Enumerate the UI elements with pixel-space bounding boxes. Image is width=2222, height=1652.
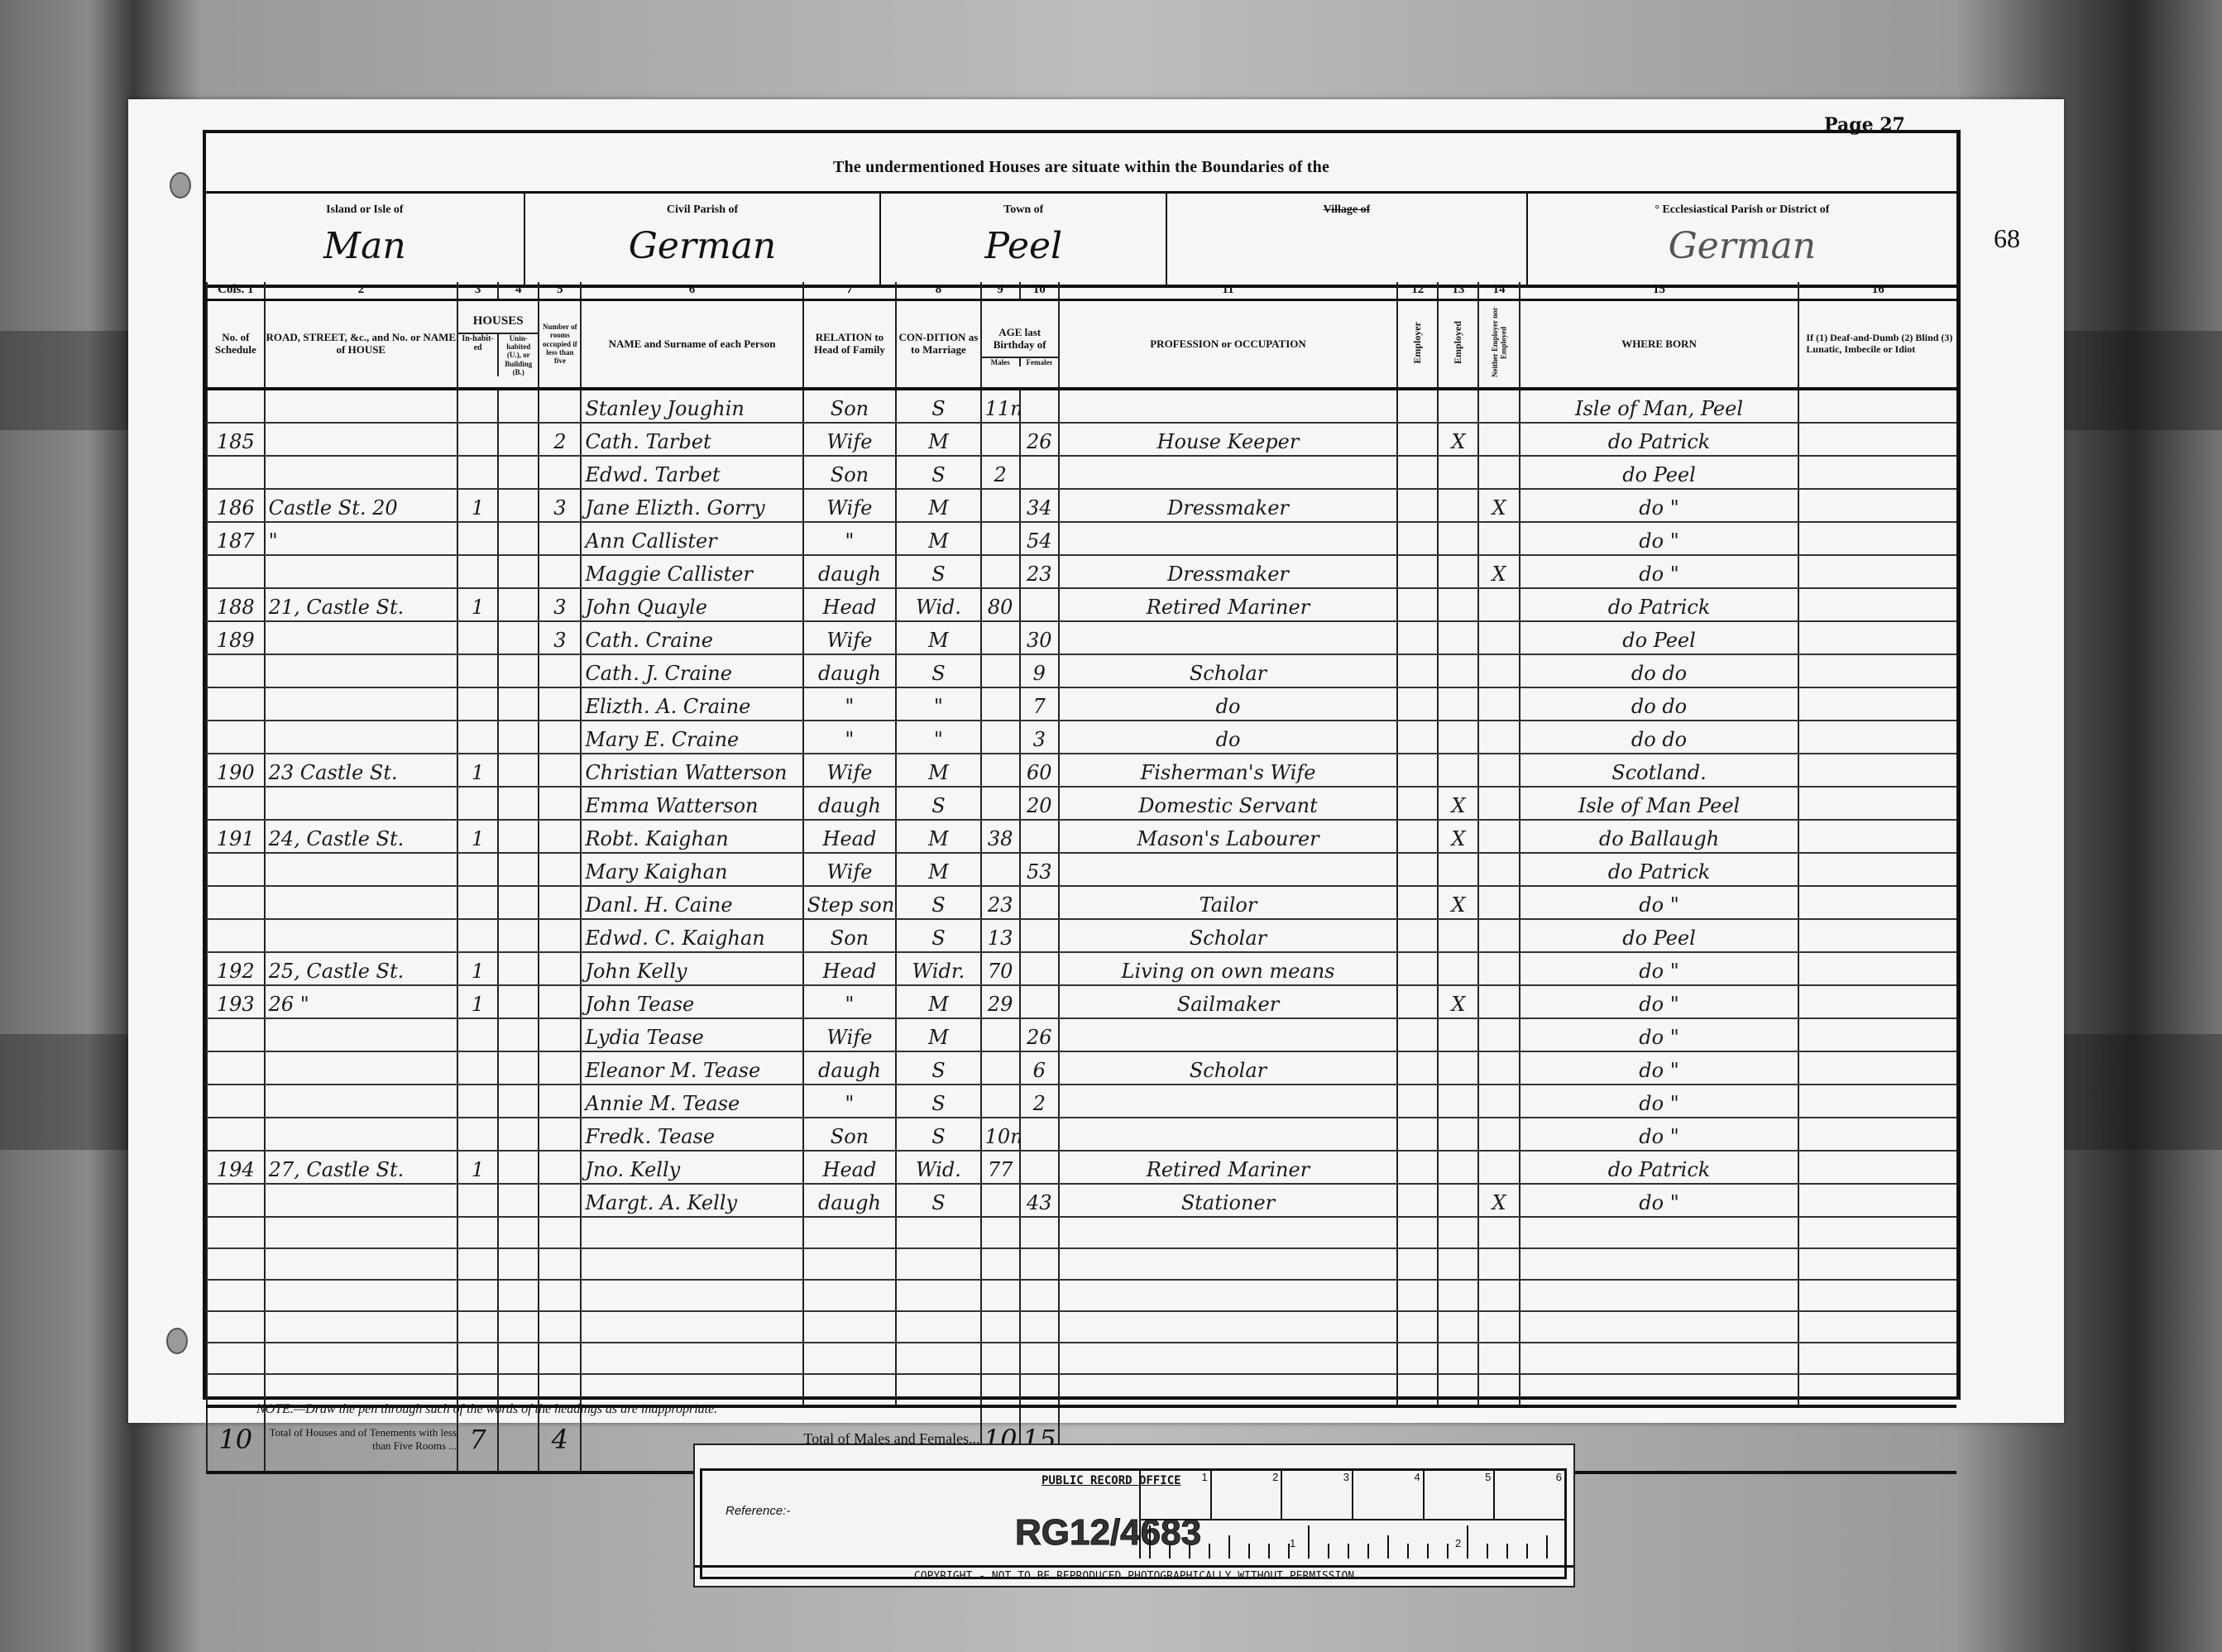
cell-cond: M: [896, 423, 980, 456]
cell-name: Cath. J. Craine: [581, 654, 802, 687]
cell-occ: [1059, 522, 1397, 555]
cell-occ: Sailmaker: [1059, 985, 1397, 1018]
table-row: Margt. A. KellydaughS43StationerXdo ": [207, 1184, 1956, 1217]
cell-sched: [207, 1184, 265, 1217]
cell-empty: [1059, 1280, 1397, 1311]
cell-addr: [265, 1085, 457, 1118]
cell-addr: 25, Castle St.: [265, 952, 457, 985]
cell-inh: [457, 654, 498, 687]
cell-emp-r: [1397, 588, 1438, 621]
cell-rel: Wife: [803, 621, 897, 654]
cell-empty: [498, 654, 539, 687]
cell-empty: [1059, 1374, 1397, 1406]
cell-emp-d: X: [1438, 886, 1478, 919]
cell-sched: [207, 555, 265, 588]
cell-name: Jane Elizth. Gorry: [581, 489, 802, 522]
column-number: 12: [1397, 282, 1438, 300]
cell-empty: [498, 1151, 539, 1184]
cell-empty: [896, 1248, 980, 1280]
cell-sched: 186: [207, 489, 265, 522]
cell-empty: [1798, 1343, 1956, 1374]
header-inhabited: In-habit-ed: [458, 334, 497, 377]
cell-m: [981, 1051, 1020, 1085]
cell-rel: Son: [803, 1118, 897, 1151]
table-row: Annie M. Tease"S2do ": [207, 1085, 1956, 1118]
cell-cond: M: [896, 621, 980, 654]
header-neither-label: Neither Employer nor Employed: [1491, 301, 1508, 384]
table-row: 19225, Castle St.1John KellyHeadWidr.70L…: [207, 952, 1956, 985]
ruler-tick: [1407, 1544, 1409, 1559]
cell-inh: [457, 886, 498, 919]
cell-name: Edwd. C. Kaighan: [581, 919, 802, 952]
header-males: Males: [982, 358, 1019, 366]
location-label: ° Ecclesiastical Parish or District of: [1528, 204, 1956, 217]
cell-empty: [1798, 985, 1956, 1018]
location-field: Town ofPeel: [881, 194, 1167, 285]
cell-emp-r: [1397, 820, 1438, 853]
cell-name: Fredk. Tease: [581, 1118, 802, 1151]
cell-empty: [498, 1248, 539, 1280]
cell-name: John Tease: [581, 985, 802, 1018]
cell-rel: Wife: [803, 489, 897, 522]
cell-empty: [498, 423, 539, 456]
cell-cond: S: [896, 787, 980, 820]
cell-name: Maggie Callister: [581, 555, 802, 588]
table-row: 1852Cath. TarbetWifeM26House KeeperXdo P…: [207, 423, 1956, 456]
cell-cond: S: [896, 1085, 980, 1118]
ruler-tick: [1387, 1535, 1389, 1559]
cell-empty: [1059, 1311, 1397, 1343]
cell-empty: [1798, 621, 1956, 654]
census-table: Cols. 12345678910111213141516 No. of Sch…: [206, 282, 1956, 1474]
column-number: 10: [1020, 282, 1059, 300]
cell-empty: [581, 1343, 802, 1374]
cell-empty: [498, 588, 539, 621]
cell-rooms: [539, 522, 581, 555]
cell-occ: Scholar: [1059, 1051, 1397, 1085]
cell-rooms: [539, 1151, 581, 1184]
cell-empty: [1798, 687, 1956, 721]
cell-born: do Peel: [1520, 456, 1799, 489]
cell-cond: S: [896, 886, 980, 919]
cell-m: [981, 1184, 1020, 1217]
cell-empty: [498, 787, 539, 820]
cell-emp-r: [1397, 654, 1438, 687]
cell-empty: [896, 1217, 980, 1248]
cell-occ: do: [1059, 687, 1397, 721]
ruler-tick: [1308, 1525, 1310, 1559]
cell-cond: M: [896, 522, 980, 555]
header-age-label: AGE last Birthday of: [982, 322, 1058, 358]
cell-f: [1020, 456, 1059, 489]
cell-born: do Patrick: [1520, 1151, 1799, 1184]
table-row: 187"Ann Callister"M54do ": [207, 522, 1956, 555]
cell-m: [981, 555, 1020, 588]
cell-inh: [457, 853, 498, 886]
cell-empty: [803, 1343, 897, 1374]
cell-empty: [207, 1311, 265, 1343]
cell-emp-d: X: [1438, 820, 1478, 853]
cell-addr: [265, 456, 457, 489]
cell-f: 43: [1020, 1184, 1059, 1217]
census-form: The undermentioned Houses are situate wi…: [203, 130, 1961, 1400]
cell-f: 2: [1020, 1085, 1059, 1118]
cell-name: Eleanor M. Tease: [581, 1051, 802, 1085]
cell-empty: [498, 985, 539, 1018]
cell-name: Lydia Tease: [581, 1018, 802, 1051]
cell-sched: [207, 1018, 265, 1051]
cell-rel: Step son: [803, 886, 897, 919]
ruler-cm-mark: 4: [1353, 1471, 1425, 1519]
punch-hole: [166, 1328, 188, 1354]
cell-empty: [498, 1118, 539, 1151]
cell-emp-d: X: [1438, 985, 1478, 1018]
column-number: 15: [1520, 282, 1799, 300]
cell-empty: [498, 687, 539, 721]
table-row: 19023 Castle St.1Christian WattersonWife…: [207, 754, 1956, 787]
cell-emp-r: [1397, 522, 1438, 555]
cell-nei: [1478, 1151, 1519, 1184]
blank-row: [207, 1217, 1956, 1248]
cell-addr: Castle St. 20: [265, 489, 457, 522]
cell-empty: [1059, 1248, 1397, 1280]
cell-addr: [265, 919, 457, 952]
table-row: 19326 "1John Tease"M29SailmakerXdo ": [207, 985, 1956, 1018]
cell-sched: [207, 853, 265, 886]
cell-born: do ": [1520, 555, 1799, 588]
location-field: Island or Isle ofMan: [206, 194, 525, 285]
ruler-cm-mark: 5: [1425, 1471, 1496, 1519]
cell-cond: M: [896, 489, 980, 522]
cell-name: Ann Callister: [581, 522, 802, 555]
cell-emp-d: [1438, 1118, 1478, 1151]
cell-nei: [1478, 919, 1519, 952]
cell-empty: [498, 1343, 539, 1374]
cell-empty: [498, 853, 539, 886]
cell-name: Elizth. A. Craine: [581, 687, 802, 721]
cell-empty: [539, 1311, 581, 1343]
cell-rooms: [539, 952, 581, 985]
cell-nei: [1478, 522, 1519, 555]
cell-addr: [265, 787, 457, 820]
cell-name: Danl. H. Caine: [581, 886, 802, 919]
cell-inh: 1: [457, 754, 498, 787]
cell-cond: S: [896, 555, 980, 588]
table-row: Mary KaighanWifeM53do Patrick: [207, 853, 1956, 886]
cell-born: do ": [1520, 1085, 1799, 1118]
cell-addr: 26 ": [265, 985, 457, 1018]
cell-emp-d: [1438, 1051, 1478, 1085]
cell-rel: daugh: [803, 787, 897, 820]
ruler-tick: [1427, 1544, 1429, 1559]
cell-empty: [498, 555, 539, 588]
cell-empty: [803, 1280, 897, 1311]
cell-emp-d: [1438, 687, 1478, 721]
cell-inh: [457, 1184, 498, 1217]
location-label: Village of: [1167, 204, 1526, 217]
cell-name: Mary Kaighan: [581, 853, 802, 886]
cell-m: 13: [981, 919, 1020, 952]
cell-empty: [1020, 1374, 1059, 1406]
cell-cond: M: [896, 754, 980, 787]
cell-f: 26: [1020, 1018, 1059, 1051]
cell-cond: M: [896, 853, 980, 886]
cell-empty: [803, 1374, 897, 1406]
cell-empty: [1798, 423, 1956, 456]
ruler-tick: [1506, 1544, 1508, 1559]
cell-born: do Patrick: [1520, 588, 1799, 621]
cell-empty: [1438, 1374, 1478, 1406]
cell-emp-r: [1397, 1151, 1438, 1184]
cell-cond: ": [896, 687, 980, 721]
ruler-tick: [1467, 1525, 1468, 1559]
cell-empty: [207, 1248, 265, 1280]
cell-empty: [498, 952, 539, 985]
cell-empty: [1798, 555, 1956, 588]
cell-cond: ": [896, 721, 980, 754]
table-row: Edwd. TarbetSonS2do Peel: [207, 456, 1956, 489]
cell-empty: [498, 1311, 539, 1343]
cell-rel: Head: [803, 820, 897, 853]
cell-empty: [539, 1248, 581, 1280]
cell-sched: 192: [207, 952, 265, 985]
header-schedule: No. of Schedule: [207, 300, 265, 389]
cell-sched: 185: [207, 423, 265, 456]
cell-empty: [1798, 754, 1956, 787]
cell-empty: [1438, 1248, 1478, 1280]
cell-empty: [457, 1217, 498, 1248]
location-field: ° Ecclesiastical Parish or District ofGe…: [1528, 194, 1956, 285]
cell-rooms: [539, 687, 581, 721]
column-number: 14: [1478, 282, 1519, 300]
cell-empty: [803, 1311, 897, 1343]
header-employer-label: Employer: [1412, 322, 1424, 364]
ruler-tick: [1487, 1544, 1488, 1559]
table-row: Stanley JoughinSonS11moIsle of Man, Peel: [207, 389, 1956, 423]
table-row: Fredk. TeaseSonS10modo ": [207, 1118, 1956, 1151]
cell-nei: [1478, 1018, 1519, 1051]
header-condition: CON-DITION as to Marriage: [896, 300, 980, 389]
location-value: German: [1528, 225, 1956, 267]
cell-nei: [1478, 588, 1519, 621]
cell-rel: Head: [803, 952, 897, 985]
cell-empty: [803, 1248, 897, 1280]
cell-rel: Wife: [803, 1018, 897, 1051]
cell-name: Stanley Joughin: [581, 389, 802, 423]
cell-sched: 190: [207, 754, 265, 787]
ruler-tick: [1149, 1525, 1151, 1559]
cell-rel: daugh: [803, 654, 897, 687]
cell-m: [981, 621, 1020, 654]
cell-m: [981, 1085, 1020, 1118]
ruler-tick: [1447, 1544, 1449, 1559]
cell-rel: ": [803, 522, 897, 555]
blank-row: [207, 1280, 1956, 1311]
cell-emp-d: [1438, 555, 1478, 588]
cell-emp-d: [1438, 1018, 1478, 1051]
cell-name: John Kelly: [581, 952, 802, 985]
cell-empty: [1520, 1374, 1799, 1406]
cell-empty: [498, 389, 539, 423]
cell-empty: [896, 1311, 980, 1343]
cell-nei: X: [1478, 1184, 1519, 1217]
cell-empty: [457, 1248, 498, 1280]
cell-emp-r: [1397, 1018, 1438, 1051]
cell-rel: daugh: [803, 1051, 897, 1085]
cell-cond: M: [896, 985, 980, 1018]
cell-empty: [1798, 1280, 1956, 1311]
cell-inh: [457, 389, 498, 423]
cell-inh: 1: [457, 1151, 498, 1184]
cell-rel: Son: [803, 919, 897, 952]
column-number: 3: [457, 282, 498, 300]
location-field: Village of: [1167, 194, 1528, 285]
cell-rel: ": [803, 687, 897, 721]
table-row: 19427, Castle St.1Jno. KellyHeadWid.77Re…: [207, 1151, 1956, 1184]
table-row: Maggie CallisterdaughS23DressmakerXdo ": [207, 555, 1956, 588]
cell-f: 20: [1020, 787, 1059, 820]
cell-nei: [1478, 389, 1519, 423]
cell-empty: [1798, 787, 1956, 820]
cell-nei: [1478, 820, 1519, 853]
cell-occ: [1059, 1018, 1397, 1051]
cell-empty: [265, 1311, 457, 1343]
cell-inh: [457, 787, 498, 820]
cell-inh: [457, 621, 498, 654]
cell-addr: [265, 654, 457, 687]
cell-occ: Fisherman's Wife: [1059, 754, 1397, 787]
location-value: German: [525, 225, 880, 267]
cell-empty: [981, 1311, 1020, 1343]
cell-inh: 1: [457, 820, 498, 853]
cell-occ: Retired Mariner: [1059, 1151, 1397, 1184]
cell-nei: [1478, 985, 1519, 1018]
cell-rooms: [539, 1184, 581, 1217]
cell-name: Margt. A. Kelly: [581, 1184, 802, 1217]
location-header: Island or Isle ofManCivil Parish ofGerma…: [206, 191, 1956, 288]
ruler-tick: [1546, 1535, 1548, 1559]
cell-nei: [1478, 853, 1519, 886]
cell-emp-r: [1397, 952, 1438, 985]
cell-rel: daugh: [803, 555, 897, 588]
cell-addr: [265, 1118, 457, 1151]
cell-empty: [1798, 1118, 1956, 1151]
cell-empty: [1798, 522, 1956, 555]
header-houses: HOUSES In-habit-ed Unin-habited (U.), or…: [457, 300, 539, 389]
cell-m: 80: [981, 588, 1020, 621]
cell-empty: [1520, 1248, 1799, 1280]
cell-occ: Dressmaker: [1059, 555, 1397, 588]
column-number: Cols. 1: [207, 282, 265, 300]
location-value: Peel: [881, 225, 1166, 267]
cell-empty: [1059, 1343, 1397, 1374]
cell-rooms: [539, 555, 581, 588]
cell-nei: [1478, 687, 1519, 721]
cell-sched: 188: [207, 588, 265, 621]
cell-empty: [1798, 1184, 1956, 1217]
cell-emp-d: [1438, 654, 1478, 687]
blank-row: [207, 1248, 1956, 1280]
cell-f: [1020, 588, 1059, 621]
cell-name: Annie M. Tease: [581, 1085, 802, 1118]
cell-f: 3: [1020, 721, 1059, 754]
cell-m: 29: [981, 985, 1020, 1018]
cell-rooms: [539, 985, 581, 1018]
cell-nei: [1478, 721, 1519, 754]
cell-f: 60: [1020, 754, 1059, 787]
cell-cond: Wid.: [896, 1151, 980, 1184]
cell-f: [1020, 1151, 1059, 1184]
cell-addr: 23 Castle St.: [265, 754, 457, 787]
cell-name: Cath. Tarbet: [581, 423, 802, 456]
cell-inh: 1: [457, 985, 498, 1018]
cell-addr: [265, 687, 457, 721]
cell-f: [1020, 389, 1059, 423]
ruler-cm-scale: 123456: [1141, 1471, 1566, 1520]
cell-empty: [1438, 1311, 1478, 1343]
column-number: 8: [896, 282, 980, 300]
cell-sched: [207, 721, 265, 754]
cell-rooms: [539, 654, 581, 687]
table-row: Elizth. A. Craine""7dodo do: [207, 687, 1956, 721]
header-infirmity: If (1) Deaf-and-Dumb (2) Blind (3) Lunat…: [1798, 300, 1956, 389]
ruler-tick: [1209, 1544, 1210, 1559]
cell-empty: [498, 1085, 539, 1118]
cell-inh: [457, 555, 498, 588]
cell-nei: [1478, 423, 1519, 456]
cell-empty: [498, 1217, 539, 1248]
cell-cond: Wid.: [896, 588, 980, 621]
cell-empty: [981, 1217, 1020, 1248]
cell-rel: ": [803, 721, 897, 754]
ruler-inch-mark: 1: [1290, 1537, 1295, 1549]
cell-emp-d: X: [1438, 423, 1478, 456]
column-number: 2: [265, 282, 457, 300]
cell-emp-r: [1397, 489, 1438, 522]
cell-inh: [457, 919, 498, 952]
cell-empty: [1397, 1280, 1438, 1311]
cell-born: do Ballaugh: [1520, 820, 1799, 853]
cell-occ: Stationer: [1059, 1184, 1397, 1217]
cell-m: [981, 522, 1020, 555]
cell-f: 23: [1020, 555, 1059, 588]
header-address: ROAD, STREET, &c., and No. or NAME of HO…: [265, 300, 457, 389]
cell-emp-d: [1438, 754, 1478, 787]
cell-m: [981, 423, 1020, 456]
cell-f: 54: [1020, 522, 1059, 555]
cell-empty: [1438, 1217, 1478, 1248]
column-number: 4: [498, 282, 539, 300]
cell-rooms: 3: [539, 588, 581, 621]
ruler-tick: [1248, 1544, 1250, 1559]
location-label: Island or Isle of: [206, 204, 524, 217]
cell-m: [981, 1018, 1020, 1051]
cell-born: do ": [1520, 886, 1799, 919]
cell-occ: [1059, 621, 1397, 654]
cell-born: do Peel: [1520, 919, 1799, 952]
cell-cond: S: [896, 919, 980, 952]
cell-empty: [1478, 1217, 1519, 1248]
cell-inh: 1: [457, 588, 498, 621]
cell-rel: Son: [803, 389, 897, 423]
cell-rooms: [539, 820, 581, 853]
cell-inh: 1: [457, 952, 498, 985]
cell-empty: [1520, 1311, 1799, 1343]
cell-sched: [207, 1051, 265, 1085]
cell-sched: [207, 1085, 265, 1118]
cell-rooms: [539, 1118, 581, 1151]
cell-emp-d: [1438, 721, 1478, 754]
